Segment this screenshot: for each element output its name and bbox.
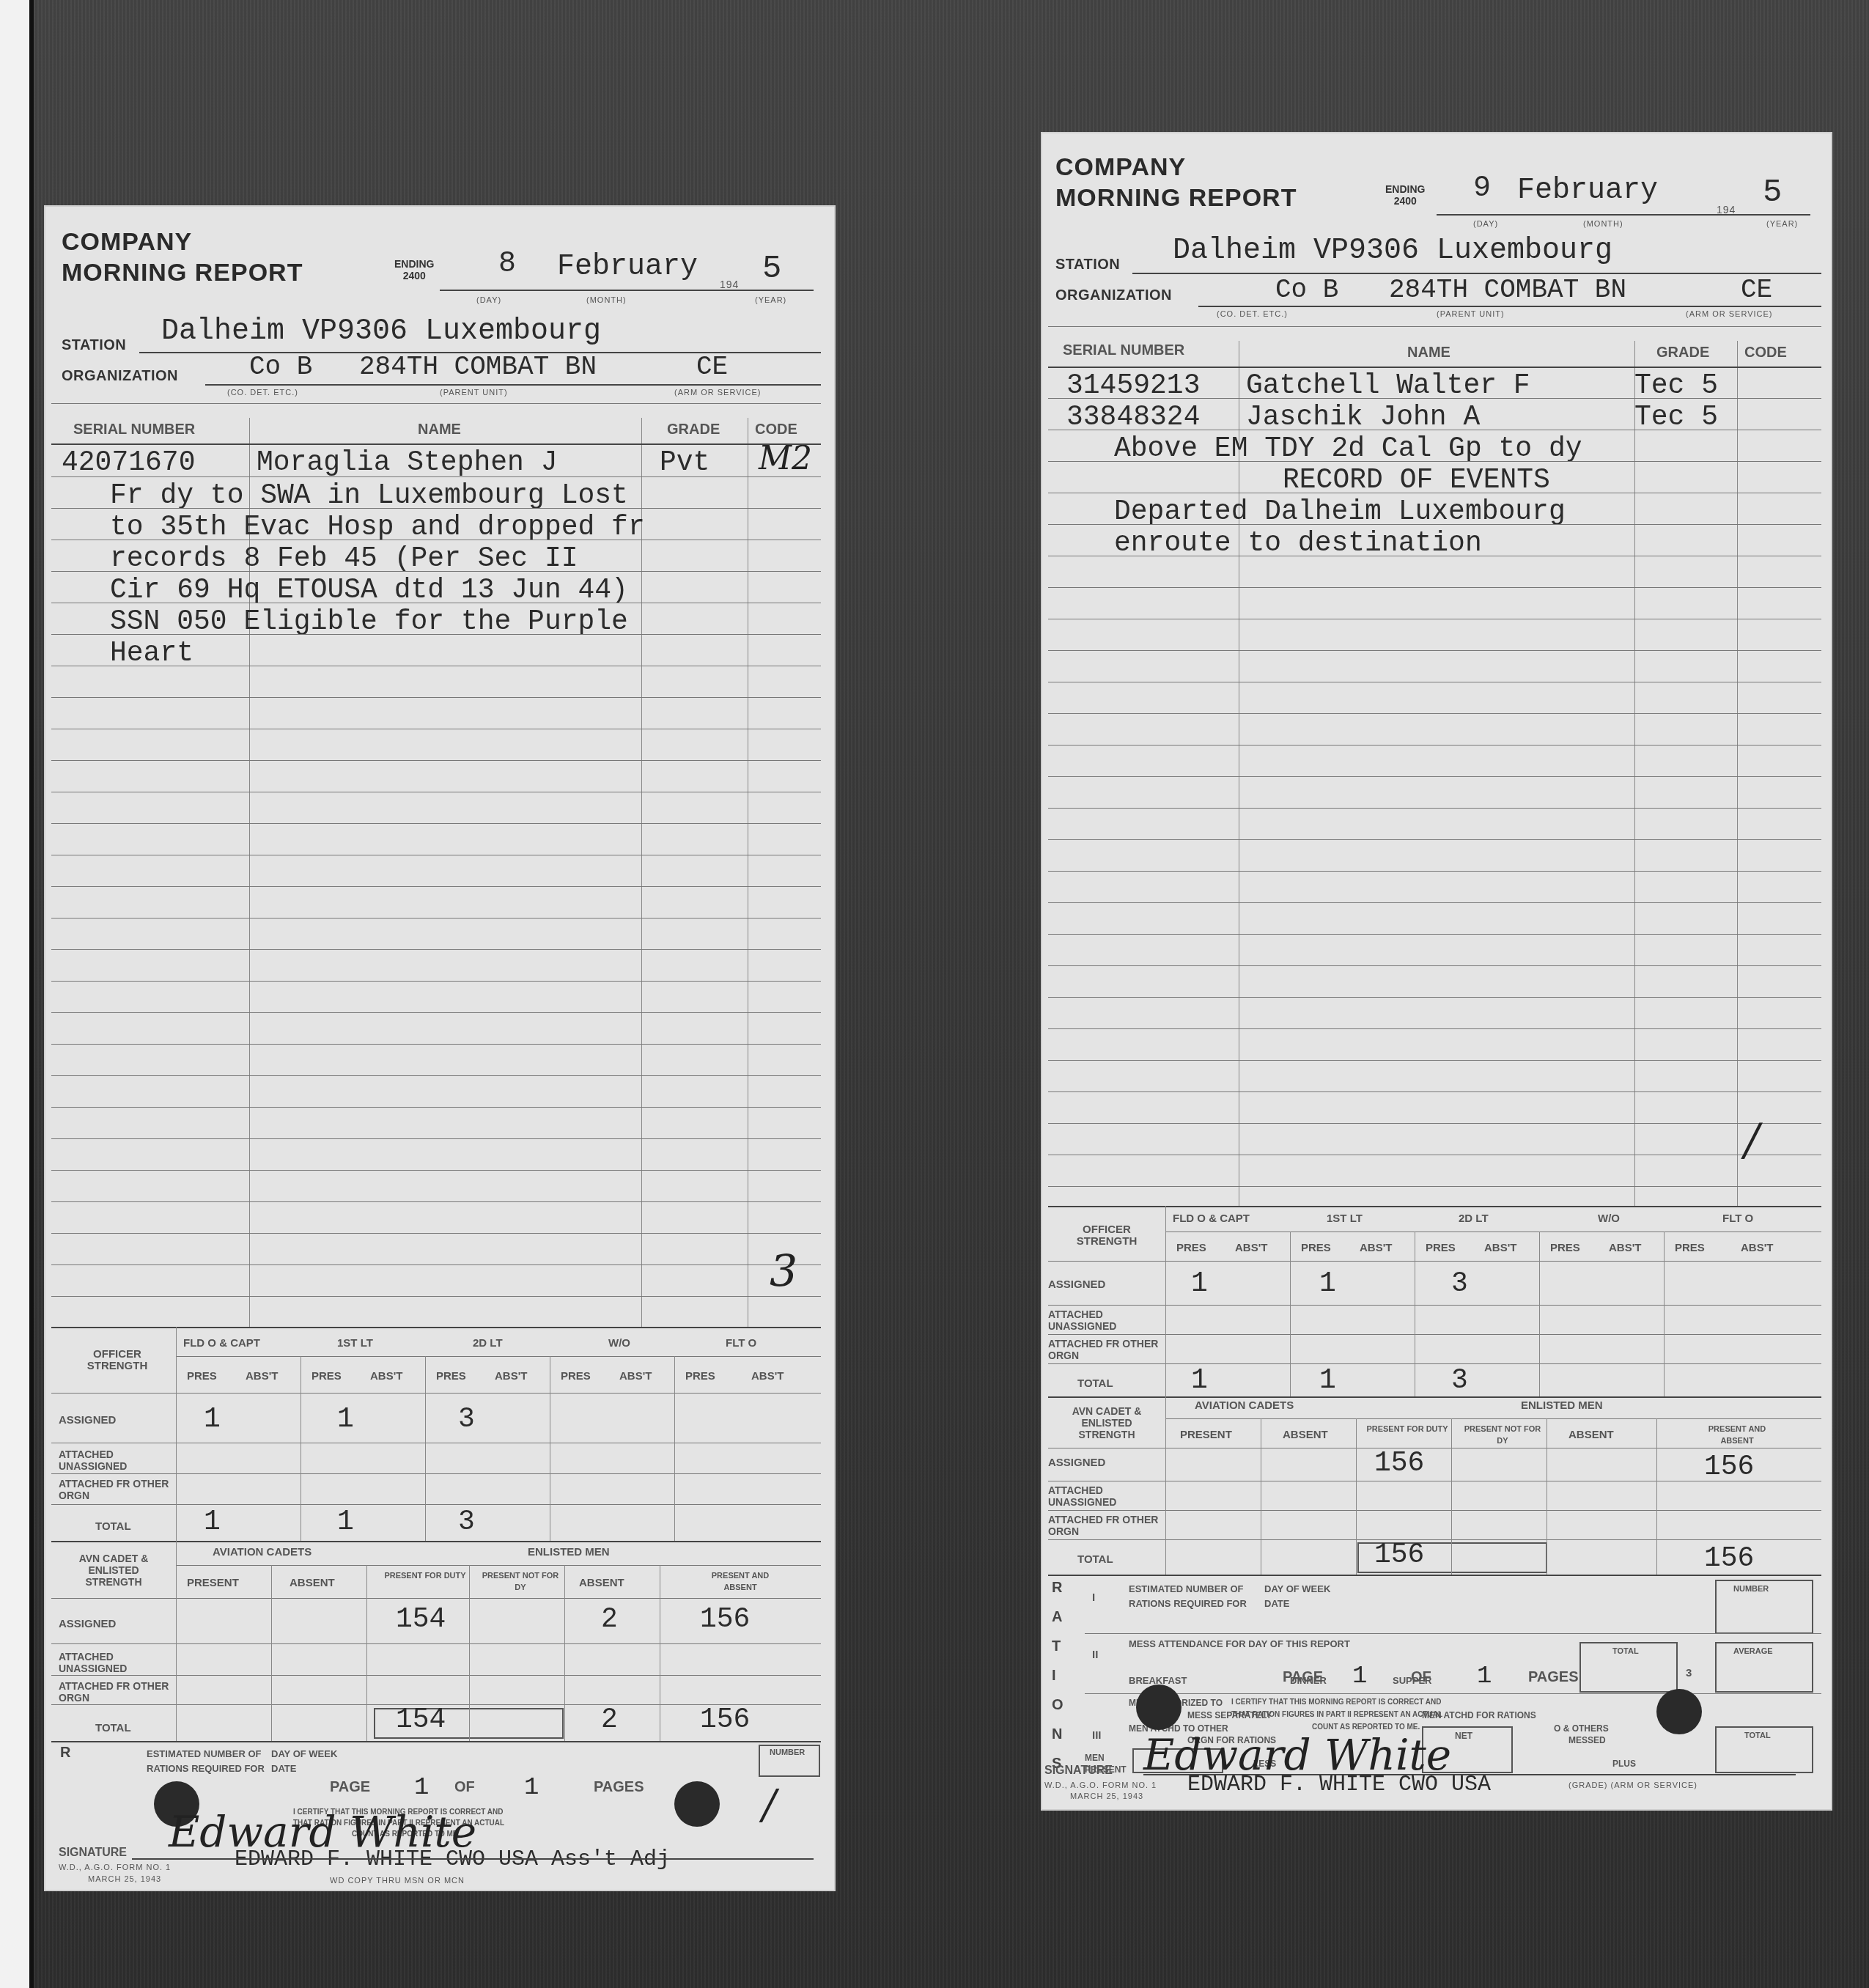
remark-line: Heart (110, 638, 193, 669)
org-company: Co B (1275, 275, 1338, 305)
month-caption: (MONTH) (1583, 220, 1623, 229)
copy-note: WD COPY THRU MSN OR MCN (330, 1877, 465, 1885)
station-value: Dalheim VP9306 Luxembourg (1173, 235, 1612, 268)
entry-serial: 42071670 (62, 447, 195, 479)
form-title-line2: MORNING REPORT (62, 258, 303, 287)
station-underline (1132, 273, 1821, 274)
entry-grade: Tec 5 (1634, 370, 1718, 402)
form-date: MARCH 25, 1943 (88, 1875, 161, 1884)
report-month: February (1517, 174, 1658, 207)
punch-hole (1136, 1685, 1182, 1730)
remark-line: to 35th Evac Hosp and dropped fr (110, 512, 645, 543)
col-divider (1239, 341, 1239, 1206)
remark-line: enroute to destination (1114, 528, 1482, 559)
officer-strength-label: OFFICER STRENGTH (66, 1349, 169, 1372)
signature-line (1143, 1774, 1796, 1775)
morning-report-form-1: COMPANY MORNING REPORT ENDING2400 8 Febr… (44, 205, 836, 1891)
remark-line: Departed Dalheim Luxembourg (1114, 496, 1566, 528)
divider (1048, 326, 1821, 327)
form-2-footer: PAGE 1 OF 1 PAGES I CERTIFY THAT THIS MO… (1041, 1642, 1832, 1811)
entry-code: M2 (759, 440, 812, 477)
remark-line: Fr dy to SWA in Luxembourg Lost (110, 480, 628, 512)
divider (51, 403, 821, 404)
org-arm: CE (696, 352, 728, 382)
col-divider (748, 418, 748, 1327)
year-prefix: 194 (720, 279, 739, 290)
signature-line (132, 1858, 814, 1860)
col-code: CODE (755, 424, 797, 435)
row-total: TOTAL (95, 1521, 131, 1533)
enlisted-strength-label: AVN CADET & ENLISTED STRENGTH (59, 1553, 169, 1588)
group-1st-lt: 1ST LT (337, 1338, 373, 1350)
remark-line: records 8 Feb 45 (Per Sec II (110, 543, 578, 575)
entry-name: Moraglia Stephen J (257, 447, 557, 479)
col-name: NAME (418, 424, 461, 435)
report-day: 8 (498, 248, 516, 281)
station-value: Dalheim VP9306 Luxembourg (161, 315, 601, 348)
signer-typed: EDWARD F. WHITE CWO USA (1187, 1772, 1491, 1797)
org-caption-company: (CO. DET. ETC.) (227, 389, 298, 397)
remark-line: SSN 050 Eligible for the Purple (110, 606, 628, 638)
certify-text: I CERTIFY THAT THIS MORNING REPORT IS CO… (1231, 1697, 1441, 1709)
col-divider (641, 418, 642, 1327)
signer-typed: EDWARD F. WHITE CWO USA Ass't Adj (235, 1847, 670, 1872)
col-divider (1634, 341, 1635, 1206)
signature-label: SIGNATURE (59, 1847, 127, 1859)
org-caption-parent: (PARENT UNIT) (440, 389, 508, 397)
row-attached-unassigned: ATTACHED UNASSIGNED (59, 1448, 176, 1472)
form-date: MARCH 25, 1943 (1070, 1792, 1143, 1801)
org-company: Co B (249, 352, 312, 382)
col-divider (1737, 341, 1738, 1206)
form-number: W.D., A.G.O. FORM NO. 1 (1044, 1781, 1157, 1790)
punch-hole (674, 1781, 720, 1827)
org-arm: CE (1741, 275, 1772, 305)
morning-report-form-2: COMPANY MORNING REPORT ENDING2400 9 Febr… (1041, 132, 1832, 1811)
punch-hole (1656, 1689, 1702, 1734)
col-name: NAME (1407, 347, 1450, 358)
org-underline (205, 384, 821, 386)
org-caption-company: (CO. DET. ETC.) (1217, 310, 1288, 319)
group-enlisted-men: ENLISTED MEN (528, 1547, 610, 1558)
signature-label: SIGNATURE (1044, 1765, 1113, 1777)
record-of-events-heading: RECORD OF EVENTS (1283, 465, 1550, 496)
margin-mark: / (1744, 1114, 1759, 1166)
ending-label: ENDING2400 (394, 258, 434, 281)
col-serial-number: SERIAL NUMBER (73, 424, 195, 435)
report-year: 5 (1763, 174, 1782, 211)
group-flt-o: FLT O (726, 1338, 756, 1350)
entry-name: Jaschik John A (1246, 402, 1480, 433)
month-caption: (MONTH) (586, 296, 627, 305)
ending-label: ENDING2400 (1385, 183, 1425, 207)
col-grade: GRADE (1656, 347, 1709, 358)
org-underline (1198, 306, 1821, 307)
signer-caption: (GRADE) (ARM OR SERVICE) (1568, 1781, 1697, 1790)
form-title-line1: COMPANY (62, 227, 192, 257)
margin-mark: 3 (770, 1246, 797, 1297)
remark-line: Above EM TDY 2d Cal Gp to dy (1114, 433, 1582, 465)
entry-serial: 33848324 (1066, 402, 1200, 433)
col-serial-number: SERIAL NUMBER (1063, 345, 1184, 356)
form-number: W.D., A.G.O. FORM NO. 1 (59, 1863, 171, 1872)
station-label: STATION (62, 337, 126, 354)
entry-grade: Tec 5 (1634, 402, 1718, 433)
org-caption-arm: (ARM OR SERVICE) (674, 389, 761, 397)
row-attached-fr-other-orgn: ATTACHED FR OTHER ORGN (59, 1478, 176, 1501)
form-title-line2: MORNING REPORT (1055, 183, 1297, 213)
organization-label: ORGANIZATION (62, 368, 178, 385)
org-parent-unit: 284TH COMBAT BN (359, 352, 597, 382)
day-caption: (DAY) (1473, 220, 1498, 229)
form-title-line1: COMPANY (1055, 152, 1186, 182)
entry-name: Gatchell Walter F (1246, 370, 1530, 402)
entry-serial: 31459213 (1066, 370, 1200, 402)
organization-label: ORGANIZATION (1055, 287, 1172, 304)
margin-mark: / (762, 1781, 776, 1829)
certify-text: THAT RATION FIGURES IN PART II REPRESENT… (1231, 1709, 1442, 1721)
remark-line: Cir 69 Hq ETOUSA dtd 13 Jun 44) (110, 575, 628, 606)
col-code: CODE (1744, 347, 1787, 358)
date-underline (1437, 214, 1810, 216)
report-year: 5 (762, 251, 781, 287)
report-month: February (557, 251, 698, 284)
row-assigned: ASSIGNED (59, 1415, 116, 1426)
day-caption: (DAY) (476, 296, 501, 305)
year-caption: (YEAR) (755, 296, 786, 305)
org-parent-unit: 284TH COMBAT BN (1389, 275, 1626, 305)
station-label: STATION (1055, 257, 1120, 273)
group-aviation-cadets: AVIATION CADETS (213, 1547, 311, 1558)
entry-grade: Pvt (660, 447, 709, 479)
year-caption: (YEAR) (1766, 220, 1798, 229)
scan-left-margin (0, 0, 34, 1988)
date-underline (440, 290, 814, 291)
group-wo: W/O (608, 1338, 630, 1350)
org-caption-arm: (ARM OR SERVICE) (1686, 310, 1772, 319)
org-caption-parent: (PARENT UNIT) (1437, 310, 1505, 319)
group-2d-lt: 2D LT (473, 1338, 503, 1350)
group-fld-o-capt: FLD O & CAPT (183, 1338, 260, 1350)
col-grade: GRADE (667, 424, 720, 435)
report-day: 9 (1473, 172, 1491, 205)
